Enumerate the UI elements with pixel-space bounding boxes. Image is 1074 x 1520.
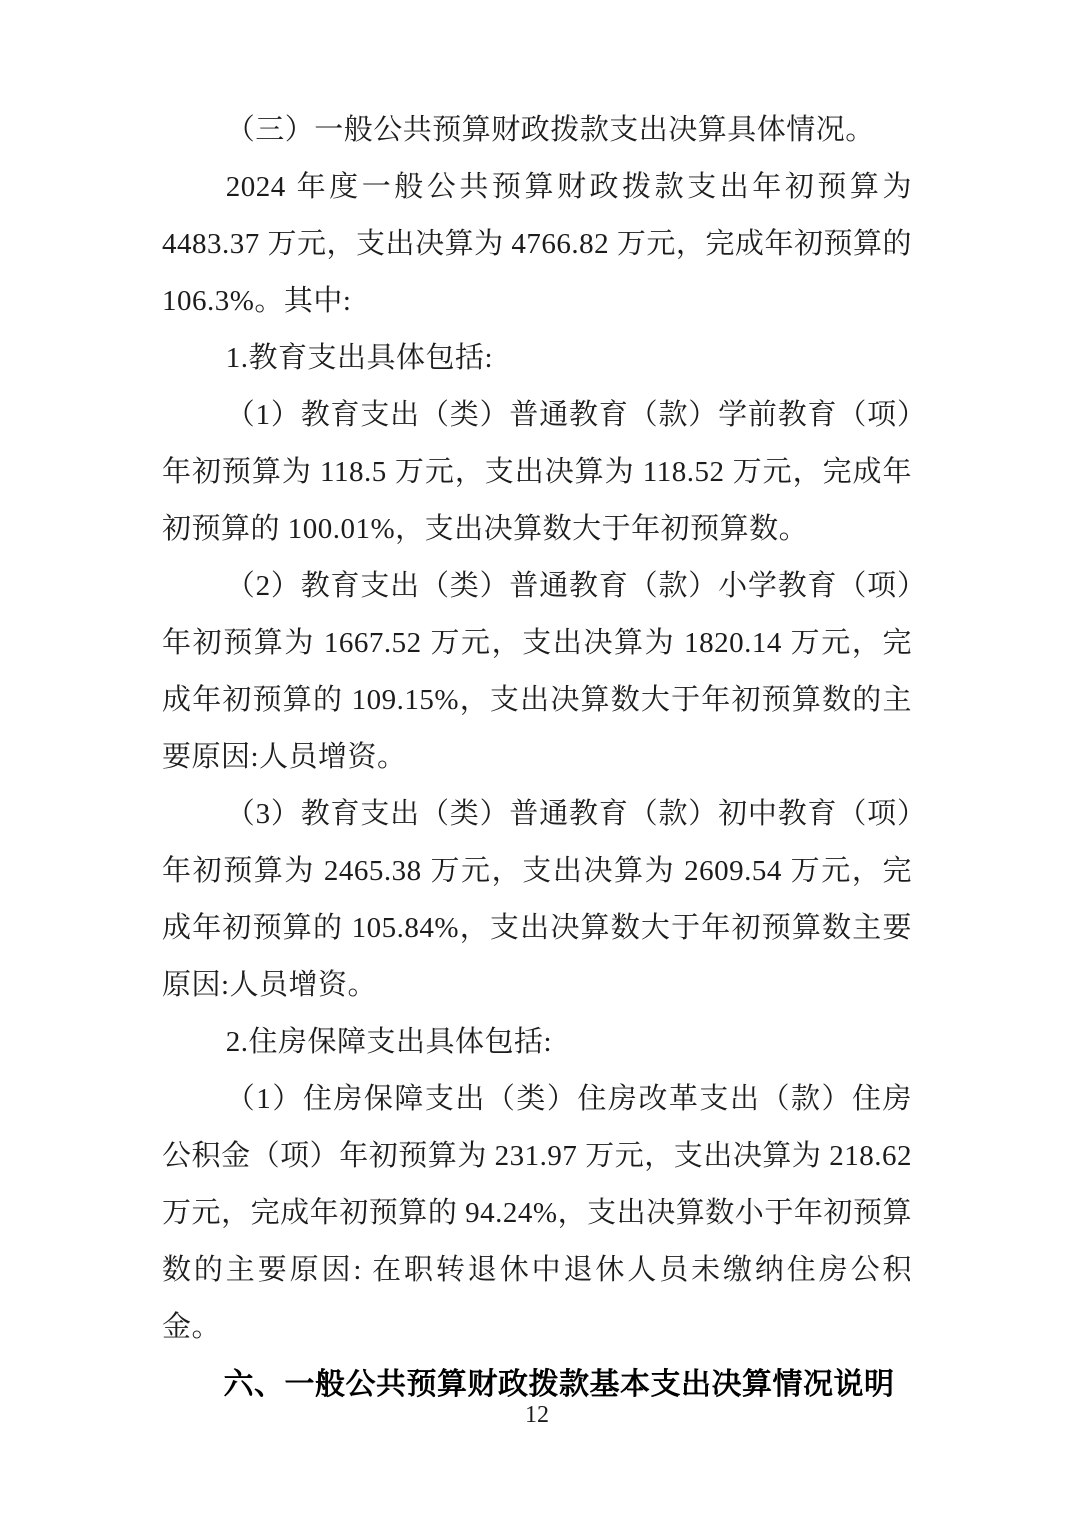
- page-content: （三）一般公共预算财政拨款支出决算具体情况。 2024 年度一般公共预算财政拨款…: [162, 102, 912, 1413]
- section-subheading: （三）一般公共预算财政拨款支出决算具体情况。: [162, 102, 912, 159]
- document-page: （三）一般公共预算财政拨款支出决算具体情况。 2024 年度一般公共预算财政拨款…: [0, 0, 1074, 1520]
- paragraph-education-item-1: （1）教育支出（类）普通教育（款）学前教育（项）年初预算为 118.5 万元，支…: [162, 387, 912, 558]
- paragraph-housing-item-1: （1）住房保障支出（类）住房改革支出（款）住房公积金（项）年初预算为 231.9…: [162, 1071, 912, 1356]
- page-number: 12: [0, 1400, 1074, 1430]
- paragraph-education-item-3: （3）教育支出（类）普通教育（款）初中教育（项）年初预算为 2465.38 万元…: [162, 786, 912, 1014]
- paragraph-housing-intro: 2.住房保障支出具体包括:: [162, 1014, 912, 1071]
- paragraph-overview: 2024 年度一般公共预算财政拨款支出年初预算为 4483.37 万元，支出决算…: [162, 159, 912, 330]
- paragraph-education-intro: 1.教育支出具体包括:: [162, 330, 912, 387]
- paragraph-education-item-2: （2）教育支出（类）普通教育（款）小学教育（项）年初预算为 1667.52 万元…: [162, 558, 912, 786]
